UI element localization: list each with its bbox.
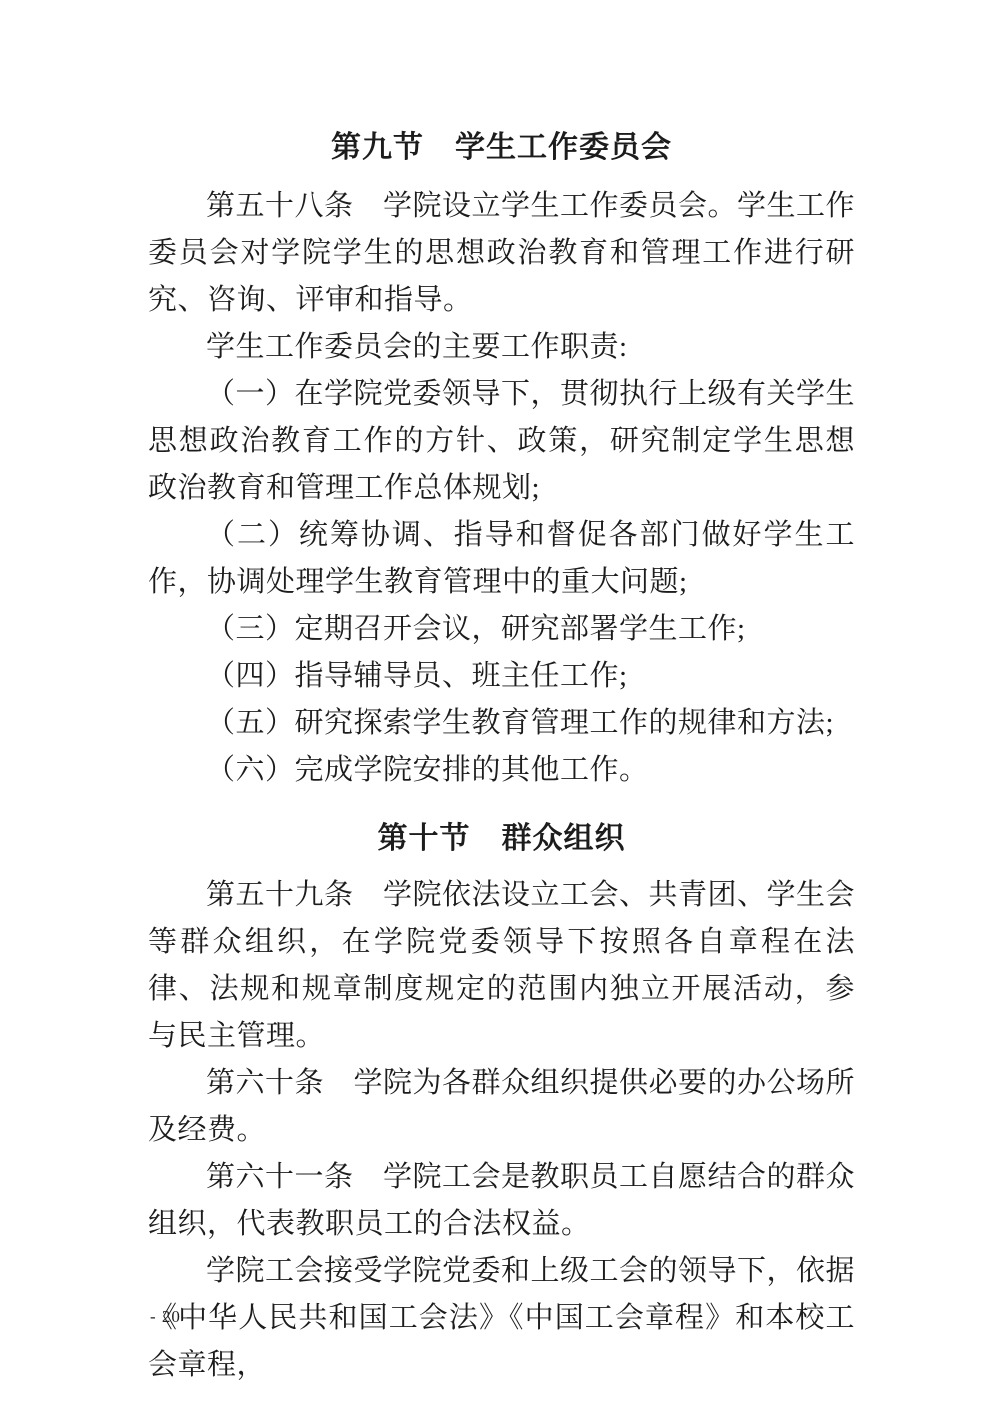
article-59-paragraph: 第五十九条 学院依法设立工会、共青团、学生会等群众组织，在学院党委领导下按照各自… [148, 872, 855, 1060]
duty-item-3: （三）定期召开会议，研究部署学生工作; [148, 606, 855, 653]
section-9-heading: 第九节 学生工作委员会 [148, 124, 855, 171]
duties-intro-paragraph: 学生工作委员会的主要工作职责: [148, 324, 855, 371]
section-10-heading: 第十节 群众组织 [148, 815, 855, 862]
union-leadership-paragraph: 学院工会接受学院党委和上级工会的领导下，依据《中华人民共和国工会法》《中国工会章… [148, 1248, 855, 1389]
article-58-paragraph: 第五十八条 学院设立学生工作委员会。学生工作委员会对学院学生的思想政治教育和管理… [148, 183, 855, 324]
page-content: 第九节 学生工作委员会 第五十八条 学院设立学生工作委员会。学生工作委员会对学院… [148, 124, 855, 1389]
duty-item-2: （二）统筹协调、指导和督促各部门做好学生工作，协调处理学生教育管理中的重大问题; [148, 512, 855, 606]
duty-item-6: （六）完成学院安排的其他工作。 [148, 747, 855, 794]
duty-item-4: （四）指导辅导员、班主任工作; [148, 653, 855, 700]
duty-item-1: （一）在学院党委领导下，贯彻执行上级有关学生思想政治教育工作的方针、政策，研究制… [148, 371, 855, 512]
article-60-paragraph: 第六十条 学院为各群众组织提供必要的办公场所及经费。 [148, 1060, 855, 1154]
page-number: - 20 - [150, 1306, 193, 1328]
duty-item-5: （五）研究探索学生教育管理工作的规律和方法; [148, 700, 855, 747]
document-page: 第九节 学生工作委员会 第五十八条 学院设立学生工作委员会。学生工作委员会对学院… [0, 0, 1000, 1414]
article-61-paragraph: 第六十一条 学院工会是教职员工自愿结合的群众组织，代表教职员工的合法权益。 [148, 1154, 855, 1248]
